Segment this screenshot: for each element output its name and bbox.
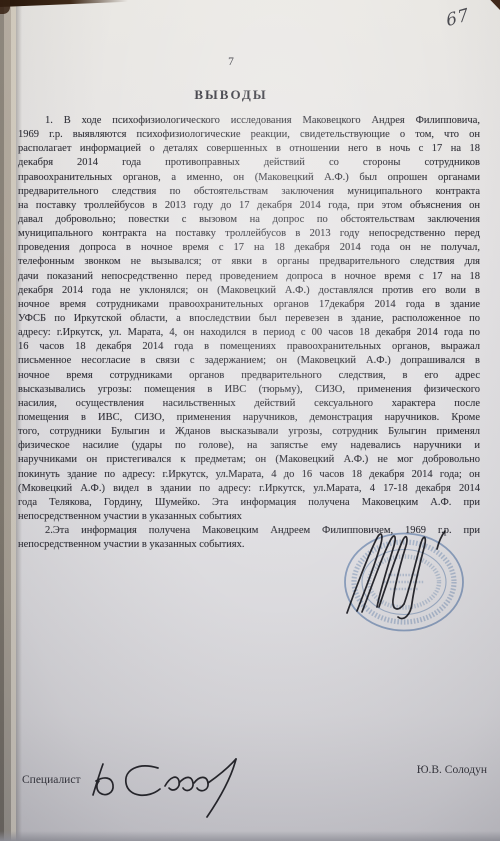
text-line: помещения в ИВС, СИЗО, применения наручн…	[18, 411, 480, 425]
text-line: 1. В ходе психофизиологического исследов…	[18, 114, 480, 128]
specialist-signature	[80, 752, 260, 822]
text-line: телефонным звонком не вызывался; от явки…	[18, 255, 480, 269]
text-line: ночное время сотрудниками органов предва…	[18, 369, 480, 383]
text-line: года Телякова, Гордину, Шумейко. Эта инф…	[18, 496, 480, 510]
text-line: располагает информацией о деталях соверш…	[18, 142, 480, 156]
text-line: УФСБ по Иркутской области, а впоследстви…	[18, 312, 480, 326]
document-photo: 67 7 ВЫВОДЫ 1. В ходе психофизиологическ…	[0, 0, 500, 841]
text-line: предварительного следствия по обстоятель…	[18, 185, 480, 199]
specialist-label: Специалист	[22, 774, 80, 786]
conclusions-heading: ВЫВОДЫ	[0, 87, 462, 103]
text-line: физическое насилие (удары по голове), на…	[18, 439, 480, 453]
text-line: декабря 2014 года противоправных действи…	[18, 156, 480, 170]
text-line: декабря 2014 года не уклонялся; он (Мако…	[18, 284, 480, 298]
text-line: письменное несогласие в связи с задержан…	[18, 354, 480, 368]
paragraph-1: 1. В ходе психофизиологического исследов…	[18, 114, 480, 524]
text-line: муниципального контракта на поставку тро…	[18, 227, 480, 241]
text-line: 16 часов 18 декабря 2014 года в помещени…	[18, 340, 480, 354]
text-line: высказывались угрозы: помещения в ИВС (т…	[18, 383, 480, 397]
body-text: 1. В ходе психофизиологического исследов…	[18, 114, 480, 552]
text-line: давал добровольно; повестки с вызовом на…	[18, 213, 480, 227]
text-line: того, сотрудники Булыгин и Жданов высказ…	[18, 425, 480, 439]
stamp-signature	[330, 520, 470, 640]
text-line: наручниками он пристегивался к предметам…	[18, 453, 480, 467]
text-line: ночное время сотрудниками правоохранител…	[18, 298, 480, 312]
text-line: насилия, осуществления насильственных де…	[18, 397, 480, 411]
text-line: правоохранительных органов, а именно, он…	[18, 171, 480, 185]
text-line: 1969 г.р. выявляются психофизиологически…	[18, 128, 480, 142]
document-content: 67 7 ВЫВОДЫ 1. В ходе психофизиологическ…	[0, 0, 500, 841]
text-line: покинуть здание по адресу: г.Иркутск, ул…	[18, 468, 480, 482]
handwritten-folio-number: 67	[445, 5, 471, 31]
text-line: адресу: г.Иркутск, ул. Марата, 4, он нах…	[18, 326, 480, 340]
text-line: проведения допроса в ночное время с 17 н…	[18, 241, 480, 255]
text-line: (Мковецкий А.Ф.) видел в здании по адрес…	[18, 482, 480, 496]
page-number: 7	[0, 56, 462, 68]
text-line: на поставку троллейбусов в 2013 году до …	[18, 199, 480, 213]
text-line: дачи показаний непосредственно перед про…	[18, 270, 480, 284]
specialist-name: Ю.В. Солодун	[417, 764, 487, 776]
